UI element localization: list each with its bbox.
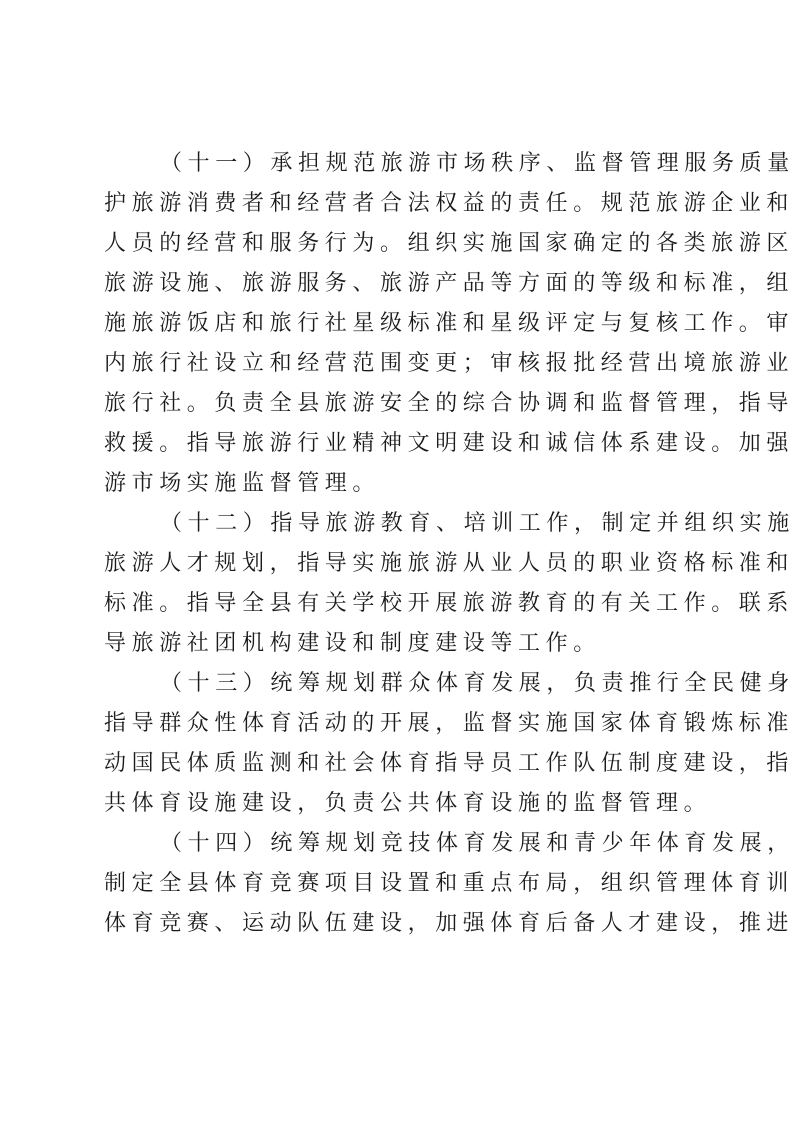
paragraph-line: 指导群众性体育活动的开展，监督实施国家体育锻炼标准，推 xyxy=(104,704,694,744)
paragraph-line: 护旅游消费者和经营者合法权益的责任。规范旅游企业和从业 xyxy=(104,184,694,224)
paragraph-line: （十一）承担规范旅游市场秩序、监督管理服务质量、维 xyxy=(104,144,694,184)
section-13: （十三）统筹规划群众体育发展，负责推行全民健身计划， 指导群众性体育活动的开展，… xyxy=(104,664,694,824)
paragraph-line: 旅游设施、旅游服务、旅游产品等方面的等级和标准，组织实 xyxy=(104,264,694,304)
paragraph-line: （十二）指导旅游教育、培训工作，制定并组织实施全县 xyxy=(104,504,694,544)
paragraph-line: 共体育设施建设，负责公共体育设施的监督管理。 xyxy=(104,784,694,824)
paragraph-line: 施旅游饭店和旅行社星级标准和星级评定与复核工作。审批国 xyxy=(104,304,694,344)
paragraph-line: 导旅游社团机构建设和制度建设等工作。 xyxy=(104,624,694,664)
paragraph-line: 制定全县体育竞赛项目设置和重点布局，组织管理体育训练、 xyxy=(104,864,694,904)
paragraph-line: 游市场实施监督管理。 xyxy=(104,464,694,504)
paragraph-line: 动国民体质监测和社会体育指导员工作队伍制度建设，指导公 xyxy=(104,744,694,784)
paragraph-line: 救援。指导旅游行业精神文明建设和诚信体系建设。加强对旅 xyxy=(104,424,694,464)
paragraph-line: 旅行社。负责全县旅游安全的综合协调和监督管理，指导应急 xyxy=(104,384,694,424)
paragraph-line: 体育竞赛、运动队伍建设，加强体育后备人才建设，推进青少 xyxy=(104,904,694,944)
section-14: （十四）统筹规划竞技体育发展和青少年体育发展，负责 制定全县体育竞赛项目设置和重… xyxy=(104,824,694,944)
paragraph-line: （十四）统筹规划竞技体育发展和青少年体育发展，负责 xyxy=(104,824,694,864)
document-page: （十一）承担规范旅游市场秩序、监督管理服务质量、维 护旅游消费者和经营者合法权益… xyxy=(104,144,694,944)
paragraph-line: （十三）统筹规划群众体育发展，负责推行全民健身计划， xyxy=(104,664,694,704)
paragraph-line: 内旅行社设立和经营范围变更；审核报批经营出境旅游业务的 xyxy=(104,344,694,384)
paragraph-line: 人员的经营和服务行为。组织实施国家确定的各类旅游区（点） xyxy=(104,224,694,264)
section-11: （十一）承担规范旅游市场秩序、监督管理服务质量、维 护旅游消费者和经营者合法权益… xyxy=(104,144,694,504)
paragraph-line: 标准。指导全县有关学校开展旅游教育的有关工作。联系和指 xyxy=(104,584,694,624)
paragraph-line: 旅游人才规划，指导实施旅游从业人员的职业资格标准和等级 xyxy=(104,544,694,584)
section-12: （十二）指导旅游教育、培训工作，制定并组织实施全县 旅游人才规划，指导实施旅游从… xyxy=(104,504,694,664)
